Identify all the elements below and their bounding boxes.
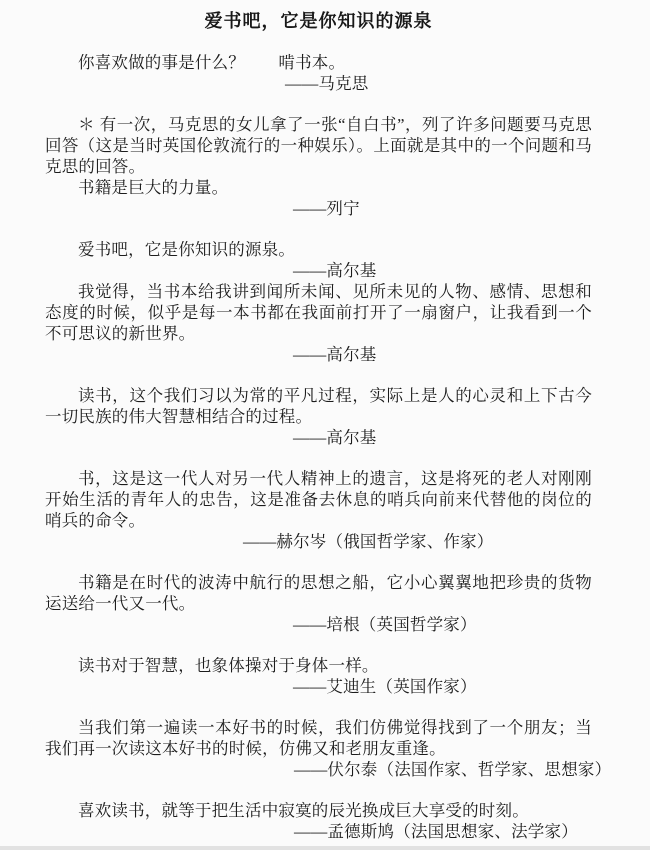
quote-block-herzen: 书，这是这一代人对另一代人精神上的遗言，这是将死的老人对刚刚开始生活的青年人的忠… xyxy=(45,468,592,552)
quote-paragraph: 你喜欢做的事是什么？ 啃书本。 xyxy=(45,52,592,73)
quote-attribution: ——赫尔岑（俄国哲学家、作家） xyxy=(45,531,592,552)
document-page: 爱书吧，它是你知识的源泉 你喜欢做的事是什么？ 啃书本。 ——马克思 ＊ 有一次… xyxy=(0,0,650,850)
quote-block-voltaire: 当我们第一遍读一本好书的时候，我们仿佛觉得找到了一个朋友；当我们再一次读这本好书… xyxy=(45,717,592,780)
quote-attribution: ——高尔基 xyxy=(45,344,592,365)
page-title: 爱书吧，它是你知识的源泉 xyxy=(45,11,592,32)
quote-block-gorky-2: 我觉得，当书本给我讲到闻所未闻、见所未见的人物、感情、思想和态度的时候，似乎是每… xyxy=(45,281,592,365)
quote-block-gorky-1: 爱书吧，它是你知识的源泉。 ——高尔基 xyxy=(45,239,592,281)
quote-paragraph: 读书，这个我们习以为常的平凡过程，实际上是人的心灵和上下古今一切民族的伟大智慧相… xyxy=(45,385,592,427)
quote-block-montesquieu: 喜欢读书，就等于把生活中寂寞的辰光换成巨大享受的时刻。 ——孟德斯鸠（法国思想家… xyxy=(45,800,592,842)
quote-paragraph: 书，这是这一代人对另一代人精神上的遗言，这是将死的老人对刚刚开始生活的青年人的忠… xyxy=(45,468,592,531)
quote-attribution: ——伏尔泰（法国作家、哲学家、思想家） xyxy=(45,759,592,780)
quote-paragraph: 我觉得，当书本给我讲到闻所未闻、见所未见的人物、感情、思想和态度的时候，似乎是每… xyxy=(45,281,592,344)
quote-paragraph: 书籍是巨大的力量。 xyxy=(45,177,592,198)
quote-attribution: ——马克思 xyxy=(45,73,592,94)
quote-attribution: ——孟德斯鸠（法国思想家、法学家） xyxy=(45,821,592,842)
quote-paragraph: 当我们第一遍读一本好书的时候，我们仿佛觉得找到了一个朋友；当我们再一次读这本好书… xyxy=(45,717,592,759)
quote-attribution: ——艾迪生（英国作家） xyxy=(45,676,592,697)
quote-attribution: ——高尔基 xyxy=(45,427,592,448)
quote-block-addison: 读书对于智慧，也象体操对于身体一样。 ——艾迪生（英国作家） xyxy=(45,655,592,697)
page-bottom-edge xyxy=(0,846,650,850)
quote-paragraph: 书籍是在时代的波涛中航行的思想之船，它小心翼翼地把珍贵的货物运送给一代又一代。 xyxy=(45,572,592,614)
quote-paragraph: 读书对于智慧，也象体操对于身体一样。 xyxy=(45,655,592,676)
quote-attribution: ——高尔基 xyxy=(45,260,592,281)
quote-paragraph: ＊ 有一次，马克思的女儿拿了一张“自白书”，列了许多问题要马克思回答（这是当时英… xyxy=(45,114,592,177)
quote-attribution: ——培根（英国哲学家） xyxy=(45,614,592,635)
quote-block-marx: 你喜欢做的事是什么？ 啃书本。 ——马克思 xyxy=(45,52,592,94)
quote-attribution: ——列宁 xyxy=(45,198,592,219)
quote-block-lenin: ＊ 有一次，马克思的女儿拿了一张“自白书”，列了许多问题要马克思回答（这是当时英… xyxy=(45,114,592,219)
quote-block-gorky-3: 读书，这个我们习以为常的平凡过程，实际上是人的心灵和上下古今一切民族的伟大智慧相… xyxy=(45,385,592,448)
quote-paragraph: 爱书吧，它是你知识的源泉。 xyxy=(45,239,592,260)
quote-paragraph: 喜欢读书，就等于把生活中寂寞的辰光换成巨大享受的时刻。 xyxy=(45,800,592,821)
quote-block-bacon: 书籍是在时代的波涛中航行的思想之船，它小心翼翼地把珍贵的货物运送给一代又一代。 … xyxy=(45,572,592,635)
